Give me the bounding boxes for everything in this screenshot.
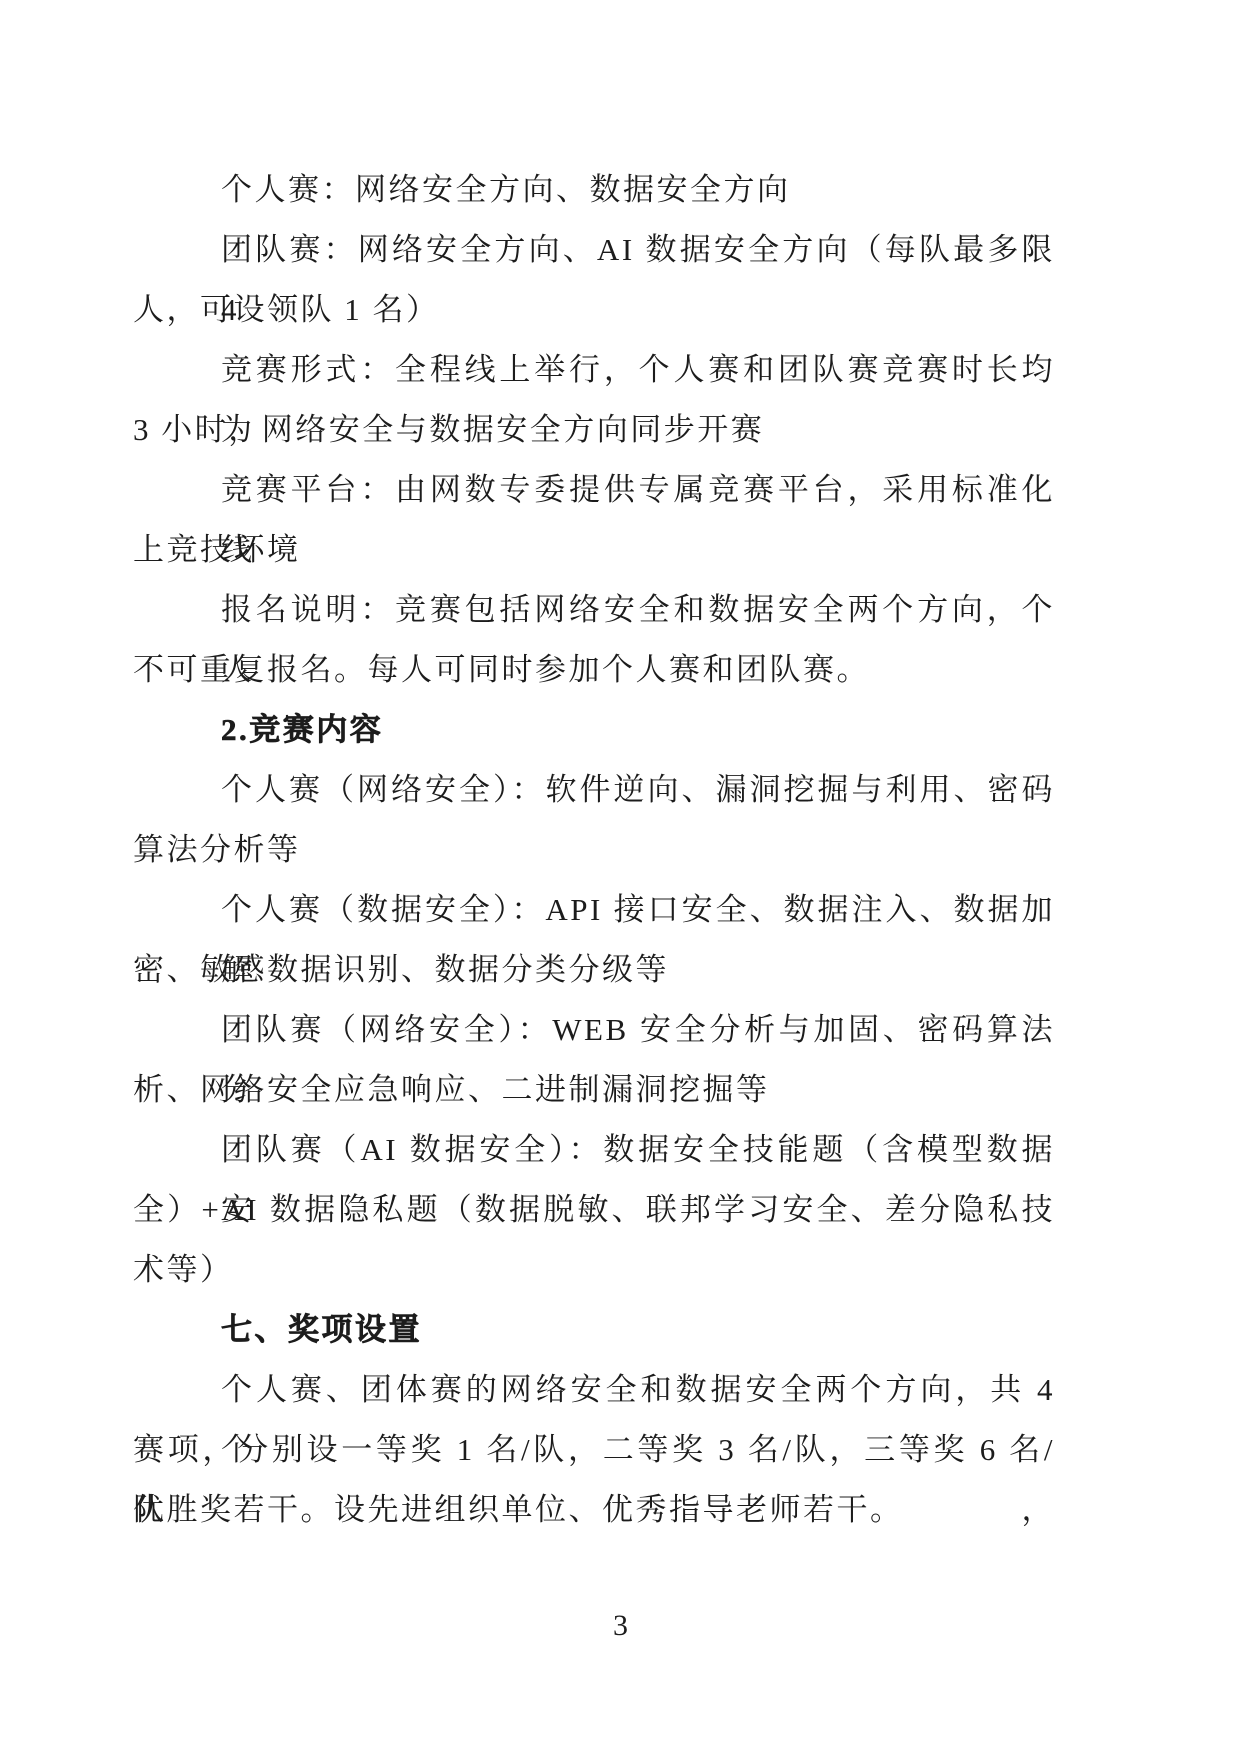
paragraph: 报名说明：竞赛包括网络安全和数据安全两个方向，个人不可重复报名。每人可同时参加个… xyxy=(133,580,1055,700)
text-line: 2.竞赛内容 xyxy=(133,700,1055,760)
text-line: 析、网络安全应急响应、二进制漏洞挖掘等 xyxy=(133,1060,1055,1120)
page-number: 3 xyxy=(0,1606,1241,1646)
document-body: 个人赛：网络安全方向、数据安全方向团队赛：网络安全方向、AI 数据安全方向（每队… xyxy=(133,160,1055,1540)
text-line: 团队赛（AI 数据安全）：数据安全技能题（含模型数据安 xyxy=(133,1120,1055,1180)
text-line: 算法分析等 xyxy=(133,820,1055,880)
text-line: 术等） xyxy=(133,1240,1055,1300)
text-line: 3 小时，网络安全与数据安全方向同步开赛 xyxy=(133,400,1055,460)
paragraph: 竞赛形式：全程线上举行，个人赛和团队赛竞赛时长均为3 小时，网络安全与数据安全方… xyxy=(133,340,1055,460)
text-line: 七、奖项设置 xyxy=(133,1300,1055,1360)
paragraph: 个人赛：网络安全方向、数据安全方向 xyxy=(133,160,1055,220)
section-heading: 七、奖项设置 xyxy=(133,1300,1055,1360)
paragraph: 竞赛平台：由网数专委提供专属竞赛平台，采用标准化线上竞技环境 xyxy=(133,460,1055,580)
text-line: 团队赛（网络安全）：WEB 安全分析与加固、密码算法分 xyxy=(133,1000,1055,1060)
text-line: 个人赛、团体赛的网络安全和数据安全两个方向，共 4 个 xyxy=(133,1360,1055,1420)
document-page: 个人赛：网络安全方向、数据安全方向团队赛：网络安全方向、AI 数据安全方向（每队… xyxy=(0,0,1241,1755)
text-line: 上竞技环境 xyxy=(133,520,1055,580)
section-heading: 2.竞赛内容 xyxy=(133,700,1055,760)
paragraph: 团队赛（AI 数据安全）：数据安全技能题（含模型数据安全）+AI 数据隐私题（数… xyxy=(133,1120,1055,1300)
text-line: 团队赛：网络安全方向、AI 数据安全方向（每队最多限 4 xyxy=(133,220,1055,280)
text-line: 报名说明：竞赛包括网络安全和数据安全两个方向，个人 xyxy=(133,580,1055,640)
text-line: 竞赛形式：全程线上举行，个人赛和团队赛竞赛时长均为 xyxy=(133,340,1055,400)
text-line: 竞赛平台：由网数专委提供专属竞赛平台，采用标准化线 xyxy=(133,460,1055,520)
text-line: 个人赛（数据安全）：API 接口安全、数据注入、数据加解 xyxy=(133,880,1055,940)
text-line: 全）+AI 数据隐私题（数据脱敏、联邦学习安全、差分隐私技 xyxy=(133,1180,1055,1240)
text-line: 密、敏感数据识别、数据分类分级等 xyxy=(133,940,1055,1000)
paragraph: 个人赛、团体赛的网络安全和数据安全两个方向，共 4 个赛项，分别设一等奖 1 名… xyxy=(133,1360,1055,1540)
text-line: 个人赛：网络安全方向、数据安全方向 xyxy=(133,160,1055,220)
paragraph: 个人赛（网络安全）：软件逆向、漏洞挖掘与利用、密码算法分析等 xyxy=(133,760,1055,880)
paragraph: 团队赛：网络安全方向、AI 数据安全方向（每队最多限 4人，可设领队 1 名） xyxy=(133,220,1055,340)
text-line: 个人赛（网络安全）：软件逆向、漏洞挖掘与利用、密码 xyxy=(133,760,1055,820)
text-line: 人，可设领队 1 名） xyxy=(133,280,1055,340)
text-line: 赛项，分别设一等奖 1 名/队，二等奖 3 名/队，三等奖 6 名/队， xyxy=(133,1420,1055,1480)
paragraph: 团队赛（网络安全）：WEB 安全分析与加固、密码算法分析、网络安全应急响应、二进… xyxy=(133,1000,1055,1120)
paragraph: 个人赛（数据安全）：API 接口安全、数据注入、数据加解密、敏感数据识别、数据分… xyxy=(133,880,1055,1000)
text-line: 不可重复报名。每人可同时参加个人赛和团队赛。 xyxy=(133,640,1055,700)
